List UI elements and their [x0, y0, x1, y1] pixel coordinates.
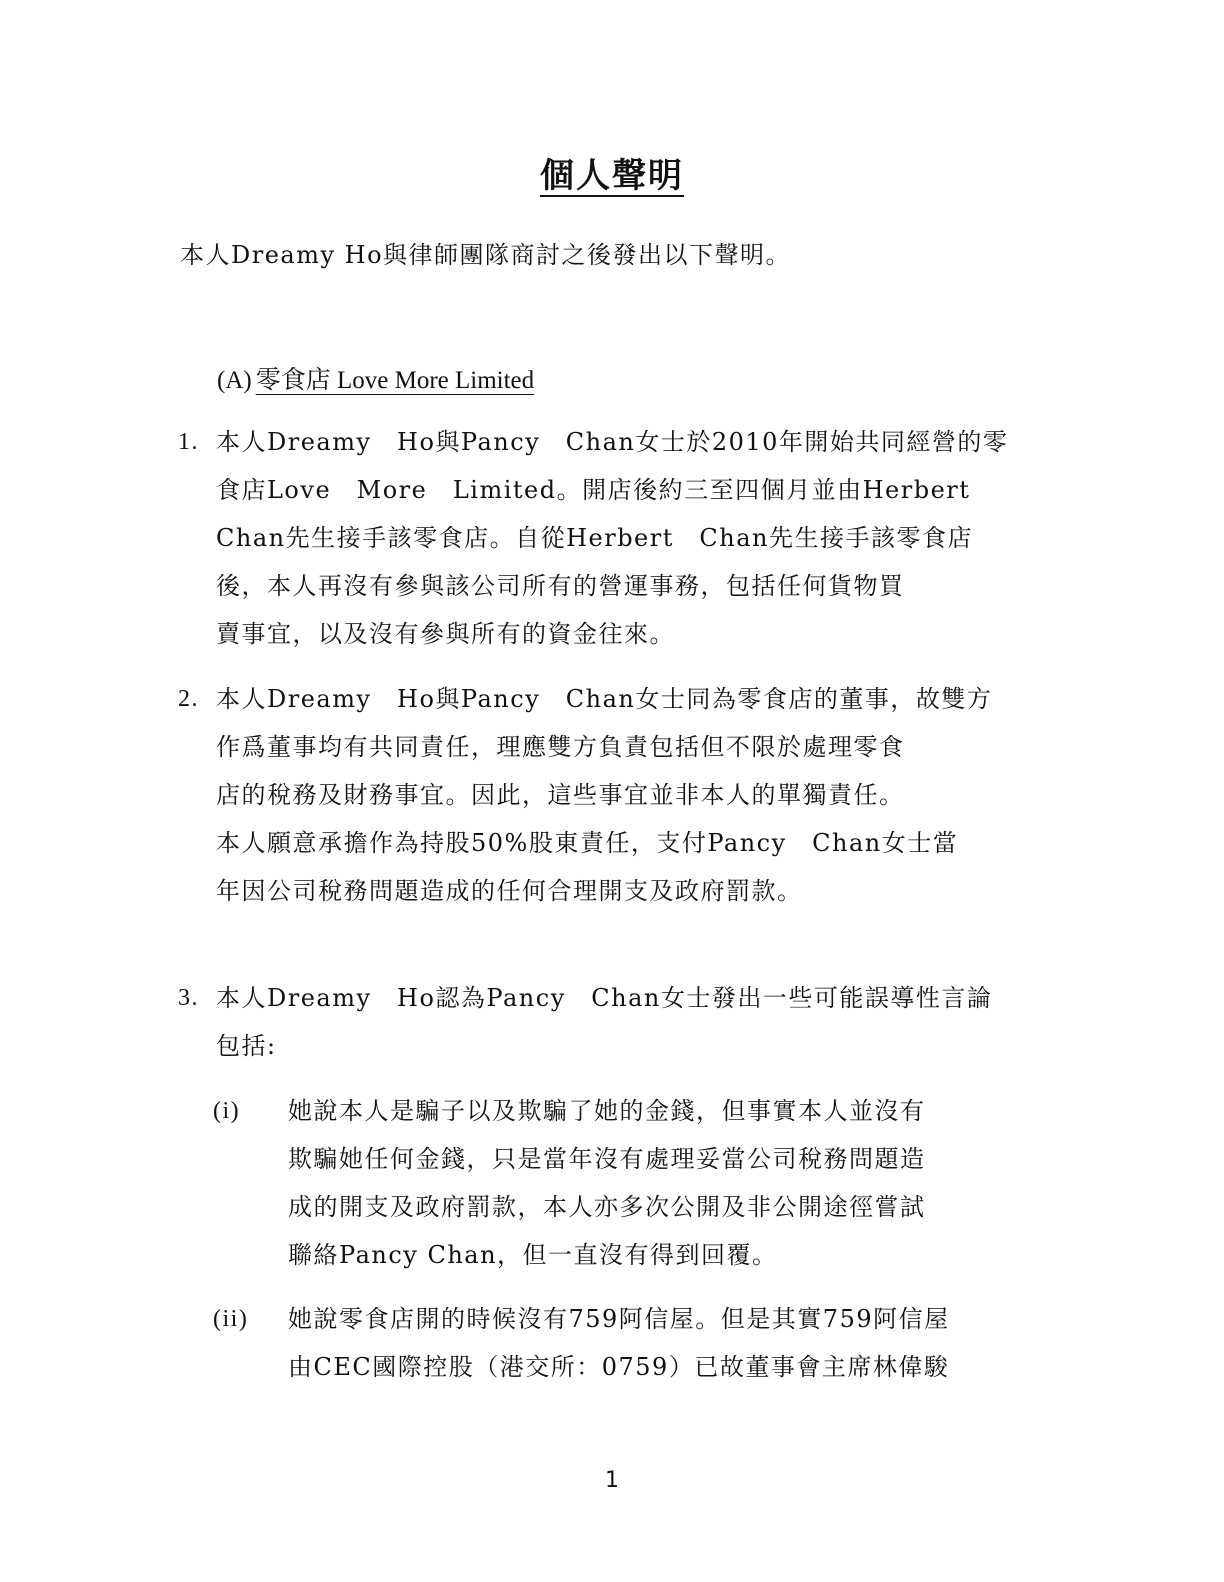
paragraph-line: 本人Dreamy Ho與Pancy Chan女士同為零食店的董事，故雙方 — [216, 675, 992, 723]
page-number: 1 — [0, 1468, 1224, 1493]
paragraph-line: 本人願意承擔作為持股50%股東責任，支付Pancy Chan女士當 — [216, 819, 958, 867]
paragraph-line: 賣事宜，以及沒有參與所有的資金往來。 — [216, 610, 675, 658]
document-title-text: 個人聲明 — [540, 156, 684, 196]
document-title: 個人聲明 — [0, 148, 1224, 197]
sub-item-line: 聯絡Pancy Chan，但一直沒有得到回覆。 — [288, 1231, 778, 1279]
section-a-title: 零食店 Love More Limited — [256, 367, 534, 394]
paragraph-line: 食店Love More Limited。開店後約三至四個月並由Herbert — [216, 466, 970, 514]
paragraph-number: 3. — [178, 974, 199, 1022]
paragraph-line: 包括: — [216, 1022, 277, 1070]
sub-item-line: 她說本人是騙子以及欺騙了她的金錢，但事實本人並沒有 — [288, 1087, 926, 1135]
paragraph-line: 本人Dreamy Ho認為Pancy Chan女士發出一些可能誤導性言論 — [216, 974, 992, 1022]
intro-statement: 本人Dreamy Ho與律師團隊商討之後發出以下聲明。 — [180, 235, 791, 270]
section-a-label: (A) — [217, 367, 252, 394]
paragraph-number: 1. — [178, 418, 199, 466]
paragraph-line: 後，本人再沒有參與該公司所有的營運事務，包括任何貨物買 — [216, 562, 905, 610]
document-page: 個人聲明 本人Dreamy Ho與律師團隊商討之後發出以下聲明。 (A)零食店 … — [0, 0, 1224, 1582]
paragraph-line: 店的稅務及財務事宜。因此，這些事宜並非本人的單獨責任。 — [216, 771, 905, 819]
sub-item-number: (i) — [213, 1087, 240, 1135]
paragraph-line: 年因公司稅務問題造成的任何合理開支及政府罰款。 — [216, 867, 803, 915]
paragraph-number: 2. — [178, 675, 199, 723]
paragraph-line: 作爲董事均有共同責任，理應雙方負責包括但不限於處理零食 — [216, 723, 905, 771]
sub-item-line: 成的開支及政府罰款，本人亦多次公開及非公開途徑嘗試 — [288, 1183, 926, 1231]
section-a-heading: (A)零食店 Love More Limited — [217, 360, 534, 396]
sub-item-line: 欺騙她任何金錢，只是當年沒有處理妥當公司稅務問題造 — [288, 1135, 926, 1183]
sub-item-number: (ii) — [213, 1295, 248, 1343]
sub-item-line: 由CEC國際控股（港交所：0759）已故董事會主席林偉駿 — [288, 1343, 949, 1391]
sub-item-line: 她說零食店開的時候沒有759阿信屋。但是其實759阿信屋 — [288, 1295, 950, 1343]
paragraph-line: Chan先生接手該零食店。自從Herbert Chan先生接手該零食店 — [216, 514, 973, 562]
paragraph-line: 本人Dreamy Ho與Pancy Chan女士於2010年開始共同經營的零 — [216, 418, 1008, 466]
